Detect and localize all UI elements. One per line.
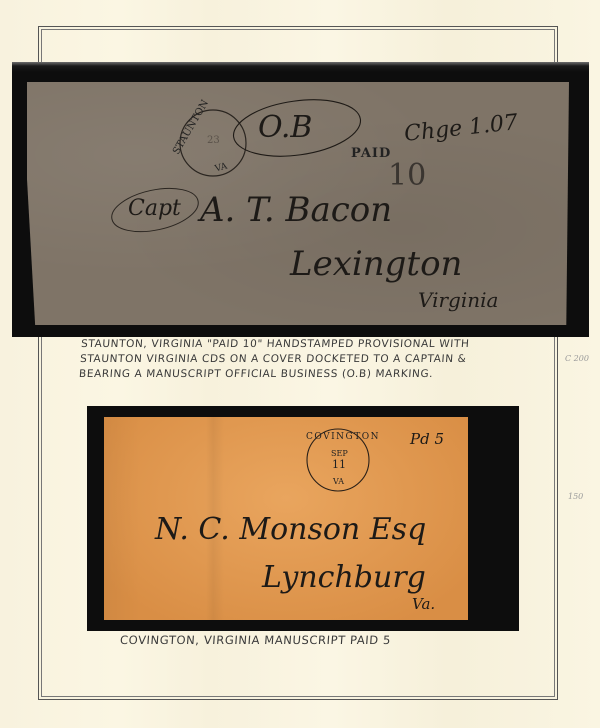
- address-city: Lexington: [290, 244, 462, 284]
- manuscript-rate: Pd 5: [410, 430, 444, 448]
- address-state: Va.: [412, 595, 435, 613]
- rate-handstamp: 10: [388, 158, 426, 193]
- postmark-month: SEP: [331, 449, 348, 458]
- postmark-date: 23: [207, 135, 220, 146]
- official-business-marking: O.B: [258, 110, 312, 145]
- address-name: A. T. Bacon: [200, 190, 392, 230]
- address-city: Lynchburg: [262, 560, 426, 595]
- address-title: Capt: [128, 196, 181, 221]
- caption-line: STAUNTON, VIRGINIA "PAID 10" HANDSTAMPED…: [81, 337, 470, 352]
- postmark-state: VA: [333, 477, 344, 486]
- paid-handstamp: PAID: [351, 146, 391, 161]
- postmark-day: 11: [332, 458, 346, 471]
- catalog-value-note: 150: [568, 492, 583, 501]
- catalog-value-note: C 200: [565, 354, 589, 363]
- address-name: N. C. Monson Esq: [155, 512, 426, 547]
- caption-line: COVINGTON, VIRGINIA MANUSCRIPT PAID 5: [119, 633, 391, 648]
- caption-line: STAUNTON VIRGINIA CDS ON A COVER DOCKETE…: [79, 352, 468, 367]
- caption-staunton: STAUNTON, VIRGINIA "PAID 10" HANDSTAMPED…: [78, 337, 469, 382]
- address-state: Virginia: [418, 288, 498, 312]
- caption-line: BEARING A MANUSCRIPT OFFICIAL BUSINESS (…: [78, 367, 467, 382]
- postmark-town: COVINGTON: [306, 432, 380, 442]
- caption-covington: COVINGTON, VIRGINIA MANUSCRIPT PAID 5: [119, 633, 391, 648]
